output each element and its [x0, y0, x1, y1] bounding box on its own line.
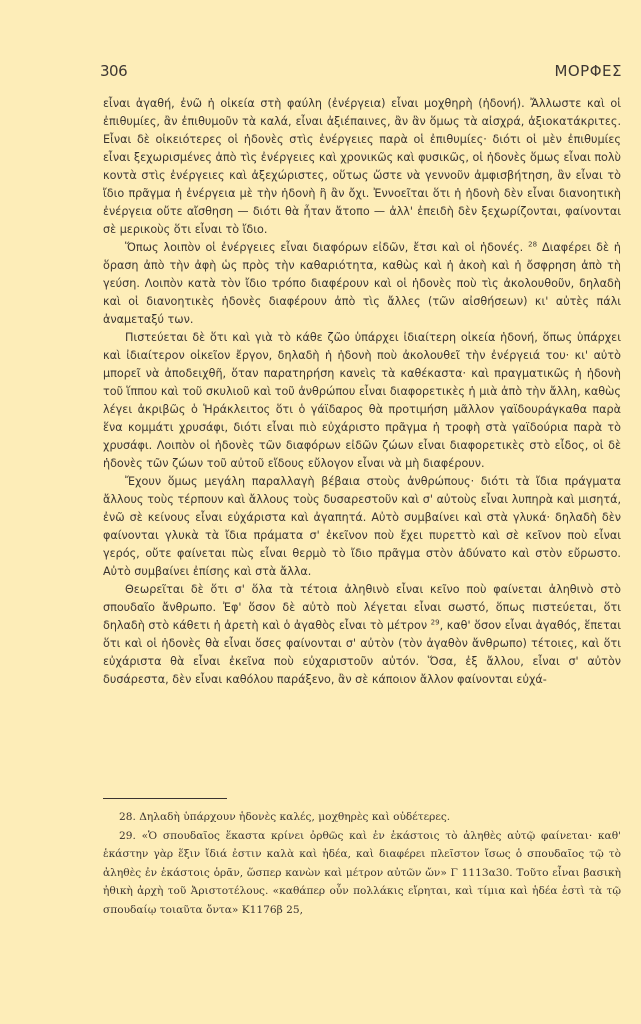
footnote-number: 29. — [119, 830, 136, 842]
footnote-reference: 29 — [431, 618, 440, 626]
page-number: 306 — [100, 62, 127, 80]
footnote: 28. Δηλαδὴ ὑπάρχουν ἡδονὲς καλές, μοχθηρ… — [103, 808, 621, 827]
footnote-divider — [103, 798, 227, 799]
footnote-text: Δηλαδὴ ὑπάρχουν ἡδονὲς καλές, μοχθηρὲς κ… — [139, 811, 450, 823]
paragraph: εἶναι ἀγαθή, ἐνῶ ἡ οἰκεία στὴ φαύλη (ἐνέ… — [103, 95, 621, 239]
footnote-reference: 28 — [528, 240, 537, 248]
footnote-number: 28. — [119, 811, 136, 823]
paragraph-text: Ὅπως λοιπὸν οἱ ἐνέργειες εἶναι διαφόρων … — [125, 241, 523, 254]
body-text: εἶναι ἀγαθή, ἐνῶ ἡ οἰκεία στὴ φαύλη (ἐνέ… — [103, 95, 621, 689]
footnote-text: «Ὁ σπουδαῖος ἕκαστα κρίνει ὀρθῶς καὶ ἐν … — [103, 830, 621, 916]
footnotes: 28. Δηλαδὴ ὑπάρχουν ἡδονὲς καλές, μοχθηρ… — [103, 808, 621, 919]
paragraph: Ἔχουν ὅμως μεγάλη παραλλαγὴ βέβαια στοὺς… — [103, 473, 621, 581]
running-title: ΜΟΡΦΕΣ — [554, 62, 622, 80]
footnote: 29. «Ὁ σπουδαῖος ἕκαστα κρίνει ὀρθῶς καὶ… — [103, 827, 621, 920]
paragraph: Πιστεύεται δὲ ὅτι καὶ γιὰ τὸ κάθε ζῶο ὑπ… — [103, 329, 621, 473]
paragraph: Θεωρεῖται δὲ ὅτι σ' ὅλα τὰ τέτοια ἀληθιν… — [103, 581, 621, 689]
paragraph: Ὅπως λοιπὸν οἱ ἐνέργειες εἶναι διαφόρων … — [103, 239, 621, 329]
page-header: 306 ΜΟΡΦΕΣ — [100, 62, 622, 84]
